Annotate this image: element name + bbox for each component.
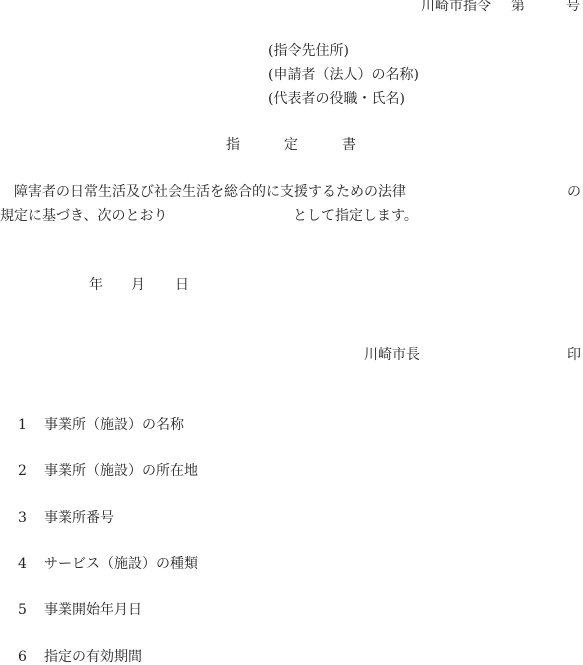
item-label: 事業所（施設）の所在地 <box>44 464 198 478</box>
recipient-representative: (代表者の役職・氏名) <box>268 92 405 106</box>
item-label: サービス（施設）の種類 <box>44 557 198 571</box>
seal-label: 印 <box>567 348 581 362</box>
title-char-3: 書 <box>342 138 356 152</box>
item-label: 指定の有効期間 <box>44 650 142 664</box>
body-line2-main: 規定に基づき、次のとおり <box>0 209 167 223</box>
body-line2-tail: として指定します。 <box>293 209 418 223</box>
body-line1-main: 障害者の日常生活及び社会生活を総合的に支援するための法律 <box>14 185 406 199</box>
item-label: 事業所番号 <box>44 511 114 525</box>
item-label: 事業開始年月日 <box>44 603 142 617</box>
item-number: 1 <box>18 418 27 432</box>
item-label: 事業所（施設）の名称 <box>44 418 184 432</box>
item-number: 2 <box>18 464 27 478</box>
date-year-label: 年 <box>89 278 103 292</box>
item-number: 4 <box>18 557 27 571</box>
item-number: 3 <box>18 511 27 525</box>
recipient-name: (申請者（法人）の名称) <box>268 68 419 82</box>
title-char-2: 定 <box>284 138 298 152</box>
mayor-label: 川崎市長 <box>364 348 420 362</box>
item-number: 6 <box>18 650 27 664</box>
body-line1-tail: の <box>567 185 581 199</box>
date-month-label: 月 <box>131 278 145 292</box>
date-day-label: 日 <box>175 278 189 292</box>
item-number: 5 <box>18 603 27 617</box>
number-suffix: 号 <box>566 0 580 13</box>
issuer-prefix: 川崎市指令 <box>421 0 491 13</box>
number-label: 第 <box>511 0 525 13</box>
recipient-address: (指令先住所) <box>268 44 349 58</box>
title-char-1: 指 <box>226 138 240 152</box>
